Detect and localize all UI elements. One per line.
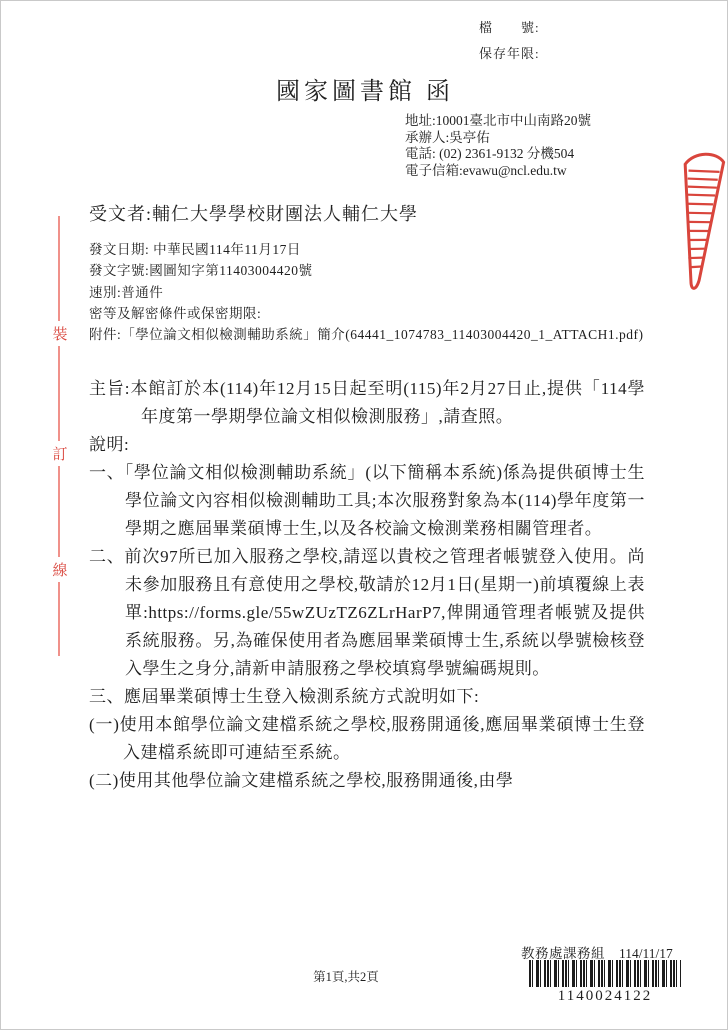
item2-text: 前次97所已加入服務之學校,請逕以貴校之管理者帳號登入使用。尚未參加服務且有意使… (125, 547, 645, 678)
page-number-info: 第1頁,共2頁 (1, 967, 691, 985)
item2-label: 二、 (89, 547, 125, 566)
explanation-item-2: 二、前次97所已加入服務之學校,請逕以貴校之管理者帳號登入使用。尚未參加服務且有… (89, 543, 645, 683)
explanation-subitem-1: (一)使用本館學位論文建檔系統之學校,服務開通後,應屆畢業碩博士生登入建檔系統即… (89, 711, 645, 767)
subject-label: 主旨: (89, 379, 130, 398)
official-seal-stamp (661, 145, 728, 302)
issue-date-line: 發文日期: 中華民國114年11月17日 (89, 239, 655, 260)
explanation-subitem-2: (二)使用其他學位論文建檔系統之學校,服務開通後,由學 (89, 767, 645, 795)
explanation-item-1: 一、「學位論文相似檢測輔助系統」(以下簡稱本系統)係為提供碩博士生學位論文內容相… (89, 459, 645, 543)
seal-icon (661, 145, 728, 302)
letter-body: 主旨:本館訂於本(114)年12月15日起至明(115)年2月27日止,提供「1… (89, 375, 645, 795)
receiving-dept-stamp: 教務處課務組114/11/17 (521, 942, 673, 962)
binding-line (58, 216, 60, 656)
item1-text: 「學位論文相似檢測輔助系統」(以下簡稱本系統)係為提供碩博士生學位論文內容相似檢… (125, 463, 645, 538)
file-number-label: 檔 號: (479, 15, 540, 41)
binding-char-ding: 訂 (51, 441, 69, 466)
sub2-text: 使用其他學位論文建檔系統之學校,服務開通後,由學 (119, 771, 514, 790)
explanation-label: 說明: (89, 431, 645, 459)
sender-address: 地址:10001臺北市中山南路20號 (405, 113, 591, 130)
attachment-label: 附件: (89, 327, 121, 342)
attachment-line: 附件:「學位論文相似檢測輔助系統」簡介(64441_1074783_114030… (89, 324, 655, 345)
sender-phone: 電話: (02) 2361-9132 分機504 (405, 146, 591, 163)
subject-text: 本館訂於本(114)年12月15日起至明(115)年2月27日止,提供「114學… (130, 379, 645, 426)
explanation-item-3: 三、應屆畢業碩博士生登入檢測系統方式說明如下: (89, 683, 645, 711)
security-class-line: 密等及解密條件或保密期限: (89, 303, 655, 324)
sub1-label: (一) (89, 715, 119, 734)
official-letter-page: 檔 號: 保存年限: 國家圖書館 函 地址:10001臺北市中山南路20號 承辦… (0, 0, 728, 1030)
binding-char-zhuang: 裝 (51, 321, 69, 346)
item3-label: 三、 (89, 687, 124, 706)
sender-contact-person: 承辦人:吳亭佑 (405, 130, 591, 147)
speed-class-line: 速別:普通件 (89, 282, 655, 303)
sender-contact-block: 地址:10001臺北市中山南路20號 承辦人:吳亭佑 電話: (02) 2361… (405, 113, 591, 179)
sender-email: 電子信箱:evawu@ncl.edu.tw (405, 163, 591, 180)
sub1-text: 使用本館學位論文建檔系統之學校,服務開通後,應屆畢業碩博士生登入建檔系統即可連結… (119, 715, 645, 762)
document-title: 國家圖書館 函 (1, 71, 728, 106)
binding-char-xian: 線 (51, 557, 69, 582)
retention-period-label: 保存年限: (479, 41, 540, 67)
attachment-filename: 「學位論文相似檢測輔助系統」簡介(64441_1074783_114030044… (121, 327, 643, 342)
recipient-line: 受文者:輔仁大學學校財團法人輔仁大學 (89, 200, 418, 226)
sub2-label: (二) (89, 771, 119, 790)
subject-paragraph: 主旨:本館訂於本(114)年12月15日起至明(115)年2月27日止,提供「1… (89, 375, 645, 431)
item3-text: 應屆畢業碩博士生登入檢測系統方式說明如下: (124, 687, 479, 706)
file-info-block: 檔 號: 保存年限: (479, 15, 540, 67)
dept-name: 教務處課務組 (521, 946, 605, 961)
doc-number-line: 發文字號:國圖知字第11403004420號 (89, 260, 655, 281)
document-meta-block: 發文日期: 中華民國114年11月17日 發文字號:國圖知字第114030044… (89, 239, 655, 345)
barcode-number: 1140024122 (529, 988, 681, 1005)
item1-label: 一、 (89, 463, 125, 482)
